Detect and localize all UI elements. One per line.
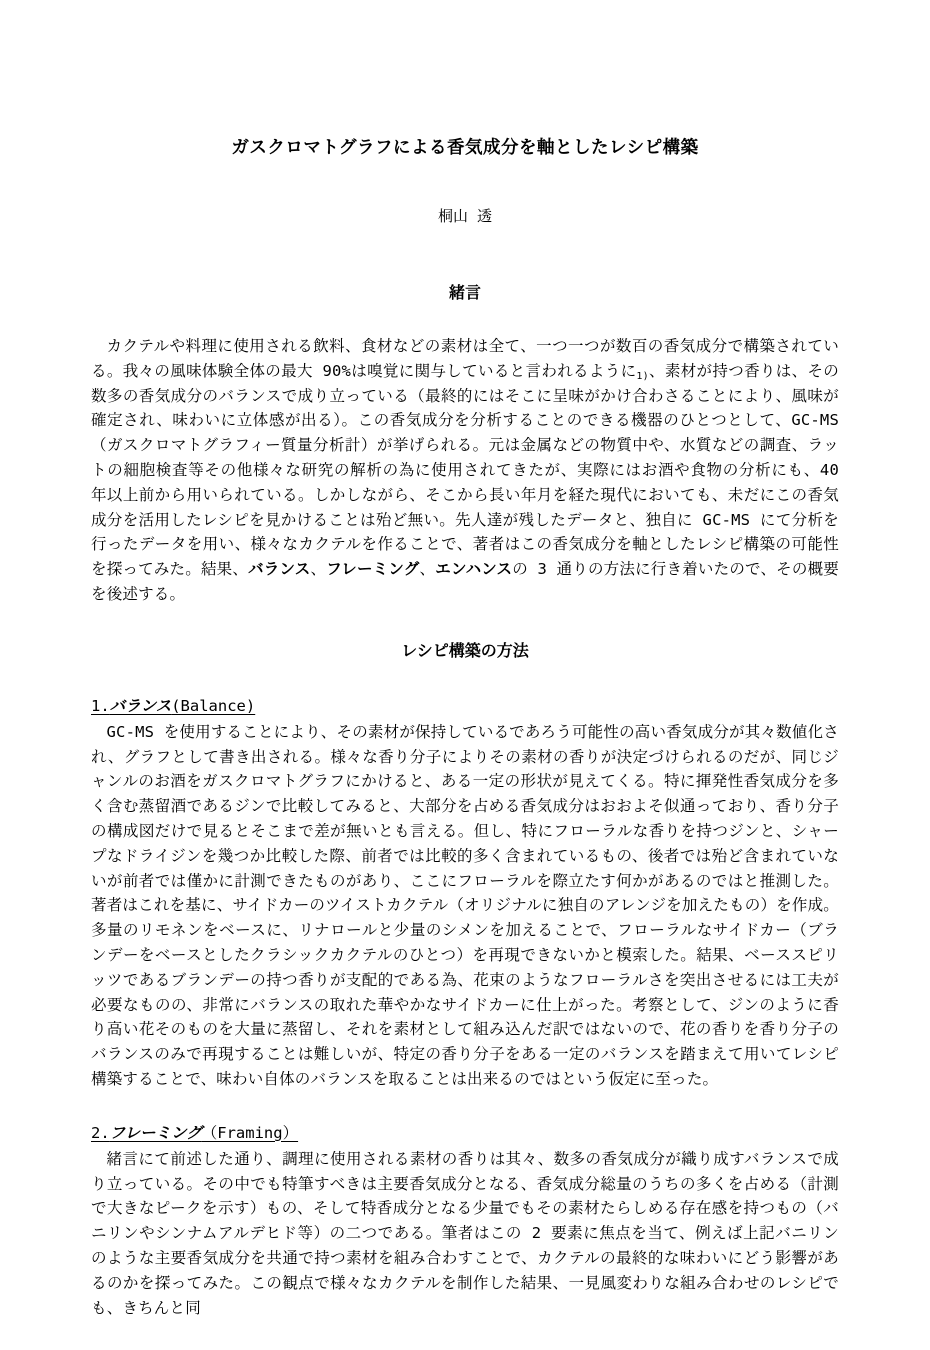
- framing-paragraph: 緒言にて前述した通り、調理に使用される素材の香りは其々、数多の香気成分が織り成す…: [91, 1147, 839, 1321]
- subsection-heading-balance: 1.バランス(Balance): [91, 694, 839, 718]
- intro-paragraph: カクテルや料理に使用される飲料、食材などの素材は全て、一つ一つが数百の香気成分で…: [91, 334, 839, 607]
- subsection-heading-framing: 2.フレーミング（Framing）: [91, 1121, 839, 1145]
- document-title: ガスクロマトグラフによる香気成分を軸としたレシピ構築: [91, 0, 839, 160]
- document-page: ガスクロマトグラフによる香気成分を軸としたレシピ構築 桐山 透 緒言 カクテルや…: [0, 0, 930, 1350]
- intro-section-heading: 緒言: [91, 282, 839, 304]
- methods-section-heading: レシピ構築の方法: [91, 640, 839, 662]
- author-name: 桐山 透: [91, 206, 839, 226]
- balance-paragraph: GC-MS を使用することにより、その素材が保持しているであろう可能性の高い香気…: [91, 720, 839, 1092]
